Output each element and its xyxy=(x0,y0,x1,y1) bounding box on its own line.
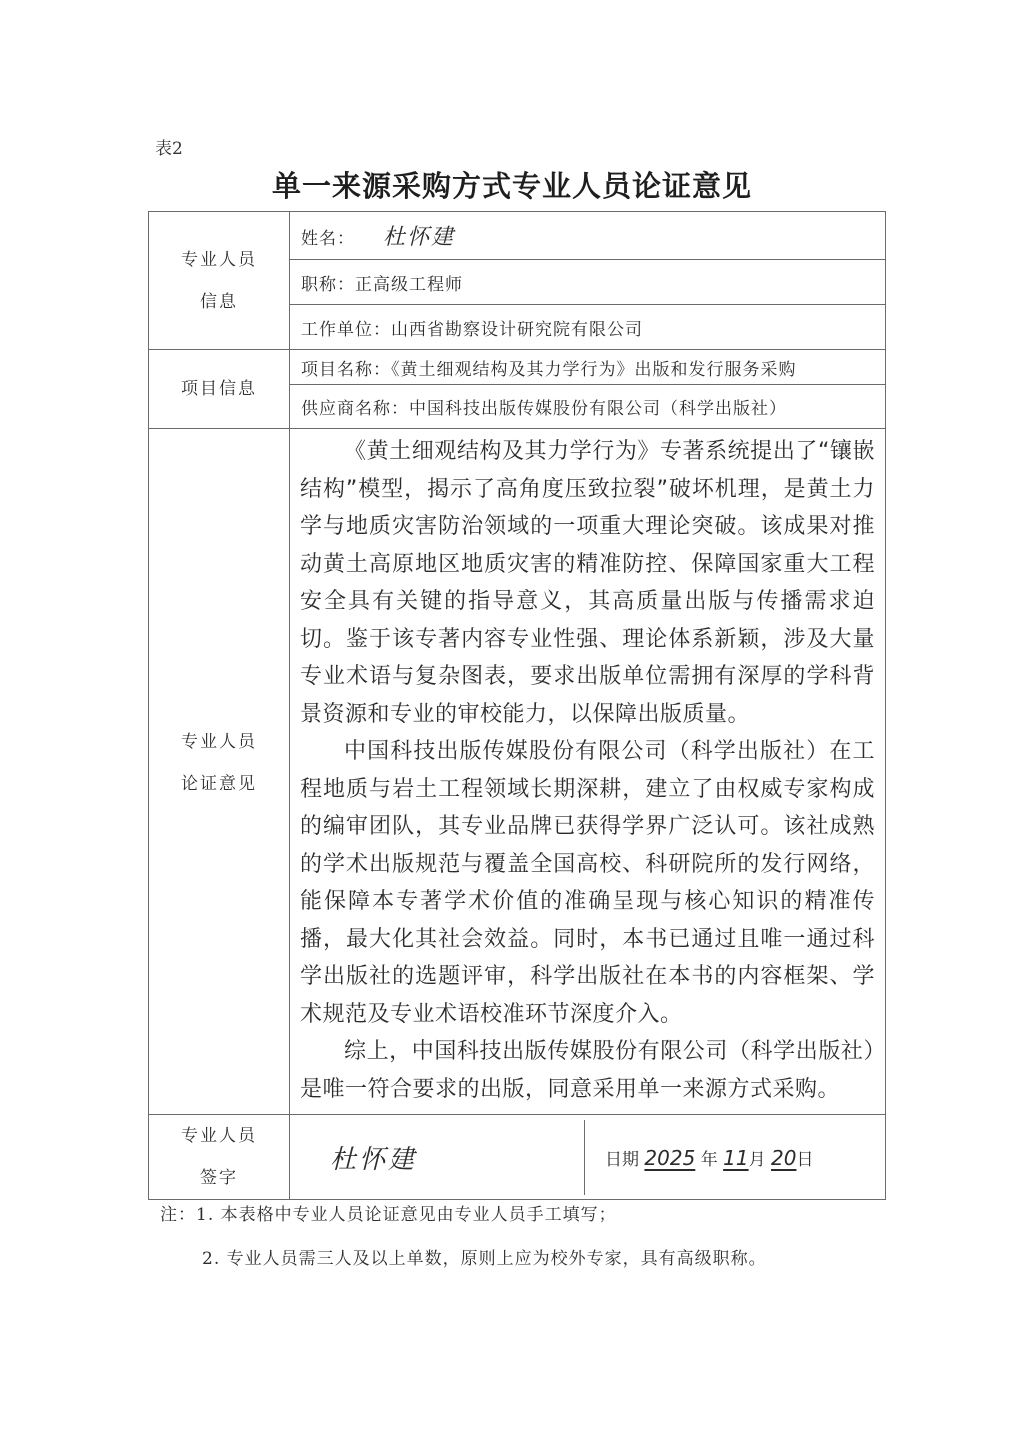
opinion-form-table: 专业人员 信息 姓名：杜怀建 职称：正高级工程师 工作单位：山西省勘察设计研究院… xyxy=(148,211,886,1200)
opinion-text-area: 《黄土细观结构及其力学行为》专著系统提出了“镶嵌结构”模型，揭示了高角度压致拉裂… xyxy=(290,429,886,1115)
opinion-paragraph-3: 综上，中国科技出版传媒股份有限公司（科学出版社）是唯一符合要求的出版，同意采用单… xyxy=(300,1033,875,1108)
page-title: 单一来源采购方式专业人员论证意见 xyxy=(0,164,1024,205)
professional-title-label: 职称： xyxy=(301,275,355,295)
supplier-field: 供应商名称：中国科技出版传媒股份有限公司（科学出版社） xyxy=(290,385,886,429)
project-name-field: 项目名称：《黄土细观结构及其力学行为》出版和发行服务采购 xyxy=(290,350,886,385)
name-value: 杜怀建 xyxy=(383,225,455,250)
row-project-name: 项目信息 项目名称：《黄土细观结构及其力学行为》出版和发行服务采购 xyxy=(149,350,886,385)
note-2: 2. 专业人员需三人及以上单数，原则上应为校外专家，具有高级职称。 xyxy=(160,1237,767,1281)
date-label: 日期 xyxy=(605,1150,639,1170)
professional-title-field: 职称：正高级工程师 xyxy=(290,260,886,305)
footnotes: 注：1. 本表格中专业人员论证意见由专业人员手工填写； 2. 专业人员需三人及以… xyxy=(160,1193,767,1281)
date-field: 日期 2025 年 11月 20日 xyxy=(585,1120,886,1195)
opinion-paragraph-2: 中国科技出版传媒股份有限公司（科学出版社）在工程地质与岩土工程领域长期深耕，建立… xyxy=(300,733,875,1033)
note-1-text: 1. 本表格中专业人员论证意见由专业人员手工填写； xyxy=(196,1205,617,1225)
note-2-text: 2. 专业人员需三人及以上单数，原则上应为校外专家，具有高级职称。 xyxy=(202,1249,767,1269)
notes-prefix: 注： xyxy=(160,1205,196,1225)
year-unit: 年 xyxy=(701,1150,718,1170)
date-day: 20 xyxy=(771,1146,796,1170)
signature-and-date-cell: 杜怀建 日期 2025 年 11月 20日 xyxy=(290,1115,886,1200)
opinion-section-label: 专业人员 论证意见 xyxy=(149,429,290,1115)
expert-info-label-line1: 专业人员 xyxy=(149,239,289,281)
expert-info-label-line2: 信息 xyxy=(149,281,289,323)
employer-field: 工作单位：山西省勘察设计研究院有限公司 xyxy=(290,305,886,350)
employer-label: 工作单位： xyxy=(301,320,391,340)
supplier-value: 中国科技出版传媒股份有限公司（科学出版社） xyxy=(409,399,787,419)
row-signature: 专业人员 签字 杜怀建 日期 2025 年 11月 20日 xyxy=(149,1115,886,1200)
row-opinion: 专业人员 论证意见 《黄土细观结构及其力学行为》专著系统提出了“镶嵌结构”模型，… xyxy=(149,429,886,1115)
day-unit: 日 xyxy=(796,1150,813,1170)
signature-field: 杜怀建 xyxy=(290,1120,585,1195)
signature-section-label: 专业人员 签字 xyxy=(149,1115,290,1200)
table-number: 表2 xyxy=(155,134,183,159)
project-name-value: 《黄土细观结构及其力学行为》出版和发行服务采购 xyxy=(391,360,797,380)
project-info-section-label: 项目信息 xyxy=(149,350,290,429)
date-month: 11 xyxy=(723,1146,748,1170)
signature-value: 杜怀建 xyxy=(330,1145,417,1175)
opinion-label-line2: 论证意见 xyxy=(149,763,289,805)
signature-inner-table: 杜怀建 日期 2025 年 11月 20日 xyxy=(290,1120,885,1195)
supplier-label: 供应商名称： xyxy=(301,399,409,419)
signature-label-line1: 专业人员 xyxy=(149,1115,289,1157)
expert-info-section-label: 专业人员 信息 xyxy=(149,212,290,350)
employer-value: 山西省勘察设计研究院有限公司 xyxy=(391,320,643,340)
note-1: 注：1. 本表格中专业人员论证意见由专业人员手工填写； xyxy=(160,1193,767,1237)
professional-title-value: 正高级工程师 xyxy=(355,275,463,295)
name-field: 姓名：杜怀建 xyxy=(290,212,886,260)
month-unit: 月 xyxy=(749,1150,766,1170)
row-name: 专业人员 信息 姓名：杜怀建 xyxy=(149,212,886,260)
project-name-label: 项目名称： xyxy=(301,360,391,380)
name-label: 姓名： xyxy=(301,229,355,249)
date-year: 2025 xyxy=(644,1146,695,1170)
opinion-label-line1: 专业人员 xyxy=(149,721,289,763)
opinion-paragraph-1: 《黄土细观结构及其力学行为》专著系统提出了“镶嵌结构”模型，揭示了高角度压致拉裂… xyxy=(300,433,875,733)
